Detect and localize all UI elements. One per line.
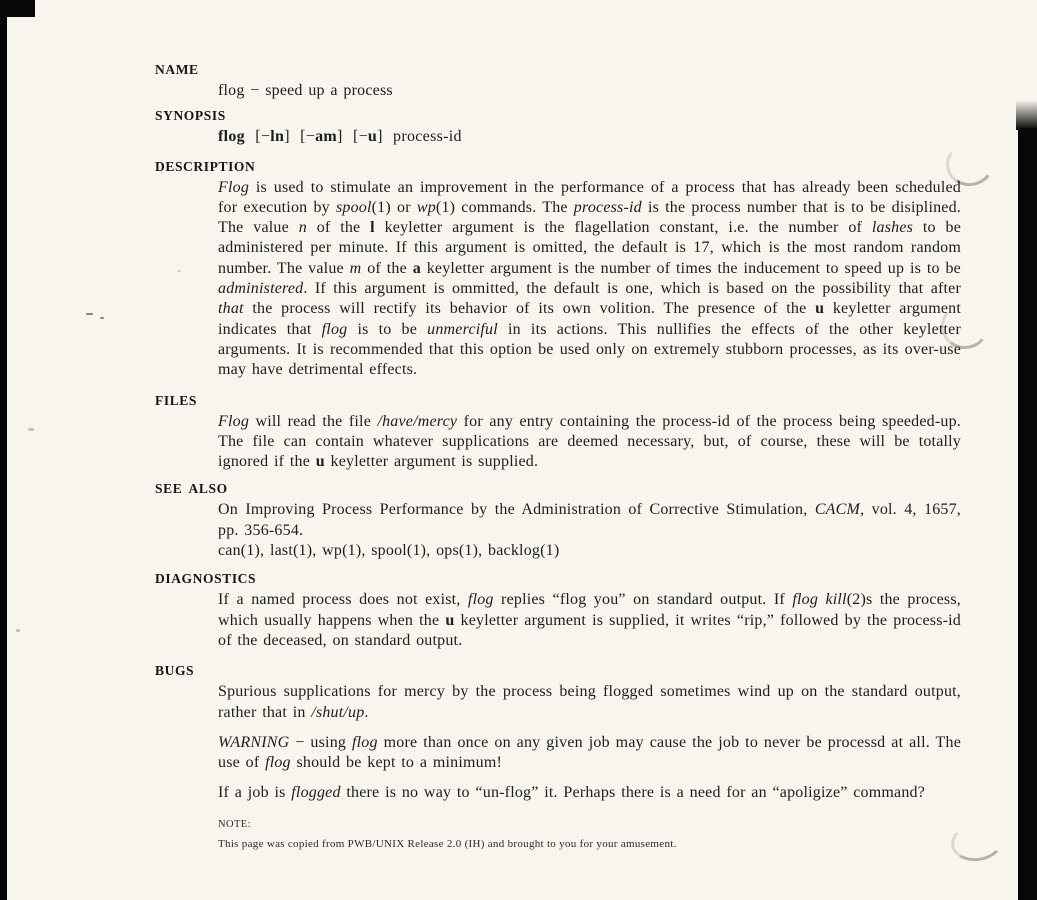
text-run: ] [−	[337, 128, 368, 145]
text-run: ] [−	[284, 128, 315, 145]
text-run: . If this argument is ommitted, the defa…	[303, 280, 961, 297]
text-run: flog	[265, 754, 291, 771]
scan-edge-left	[0, 0, 7, 900]
text-run: of the	[361, 260, 412, 277]
footnote-label: NOTE:	[218, 819, 961, 830]
text-run: .	[364, 704, 368, 721]
text-run: u	[316, 453, 325, 470]
text-run: keyletter argument is the number of time…	[421, 260, 961, 277]
text-run: On Improving Process Performance by the …	[218, 501, 815, 518]
man-page-content: NAME flog − speed up a process SYNOPSIS …	[155, 62, 961, 850]
text-run: replies “flog you” on standard output. I…	[494, 591, 793, 608]
text-run: flogged	[291, 784, 340, 801]
text-run: spool	[336, 199, 372, 216]
text-run: am	[315, 128, 337, 145]
text-run: n	[299, 219, 307, 236]
paragraph: Flog will read the file /have/mercy for …	[218, 412, 961, 473]
text-run: [−	[245, 128, 270, 145]
section-body-diagnostics: If a named process does not exist, flog …	[218, 590, 961, 651]
section-see-also: SEE ALSO On Improving Process Performanc…	[155, 481, 961, 561]
text-run: flog	[218, 128, 245, 145]
paragraph: flog − speed up a process	[218, 81, 961, 101]
scan-corner-top-left	[0, 0, 35, 17]
paragraph: can(1), last(1), wp(1), spool(1), ops(1)…	[218, 541, 961, 561]
paragraph: Spurious supplications for mercy by the …	[218, 682, 961, 723]
section-body-bugs: Spurious supplications for mercy by the …	[218, 682, 961, 803]
text-run: administered	[218, 280, 303, 297]
text-run: flog	[352, 734, 378, 751]
paragraph: If a job is flogged there is no way to “…	[218, 783, 961, 803]
text-run: of the	[307, 219, 370, 236]
section-heading-description: DESCRIPTION	[155, 159, 961, 175]
section-body-name: flog − speed up a process	[218, 81, 961, 101]
text-run: u	[368, 128, 377, 145]
text-run: there is no way to “un-flog” it. Perhaps…	[341, 784, 925, 801]
paragraph: flog [−ln] [−am] [−u] process-id	[218, 127, 961, 147]
scan-edge-right	[1018, 128, 1037, 900]
footnote: NOTE: This page was copied from PWB/UNIX…	[218, 819, 961, 850]
text-run: Flog	[218, 413, 249, 430]
text-run: u	[815, 300, 824, 317]
section-body-files: Flog will read the file /have/mercy for …	[218, 412, 961, 473]
text-run: − using	[289, 734, 352, 751]
paragraph: On Improving Process Performance by the …	[218, 500, 961, 541]
text-run: flog	[468, 591, 494, 608]
paragraph: Flog is used to stimulate an improvement…	[218, 178, 961, 381]
section-name: NAME flog − speed up a process	[155, 62, 961, 101]
scan-speck	[100, 317, 104, 319]
scan-speck	[16, 629, 20, 632]
scan-edge-right-fade	[1016, 100, 1037, 130]
text-run: is to be	[347, 321, 427, 338]
text-run: can(1), last(1), wp(1), spool(1), ops(1)…	[218, 542, 559, 559]
section-heading-bugs: BUGS	[155, 663, 961, 679]
text-run: flog	[322, 321, 348, 338]
section-diagnostics: DIAGNOSTICS If a named process does not …	[155, 571, 961, 651]
section-heading-files: FILES	[155, 393, 961, 409]
section-description: DESCRIPTION Flog is used to stimulate an…	[155, 159, 961, 381]
scan-speck	[86, 313, 93, 315]
text-run: keyletter argument is the flagellation c…	[375, 219, 872, 236]
text-run: ] process-id	[377, 128, 462, 145]
text-run: /shut/up	[311, 704, 364, 721]
text-run: (1) commands. The	[436, 199, 574, 216]
text-run: process-id	[574, 199, 642, 216]
text-run: Flog	[218, 179, 249, 196]
text-run: ln	[270, 128, 284, 145]
scan-speck	[28, 428, 34, 431]
section-body-see-also: On Improving Process Performance by the …	[218, 500, 961, 561]
section-synopsis: SYNOPSIS flog [−ln] [−am] [−u] process-i…	[155, 108, 961, 147]
text-run: m	[350, 260, 362, 277]
text-run: /have/mercy	[377, 413, 457, 430]
text-run: CACM	[815, 501, 860, 518]
text-run: If a named process does not exist,	[218, 591, 468, 608]
text-run: wp	[417, 199, 436, 216]
paragraph: If a named process does not exist, flog …	[218, 590, 961, 651]
text-run: WARNING	[218, 734, 289, 751]
text-run: lashes	[872, 219, 913, 236]
section-bugs: BUGS Spurious supplications for mercy by…	[155, 663, 961, 803]
section-body-synopsis: flog [−ln] [−am] [−u] process-id	[218, 127, 961, 147]
text-run: a	[413, 260, 421, 277]
text-run: unmerciful	[427, 321, 498, 338]
text-run: (1) or	[372, 199, 417, 216]
section-heading-diagnostics: DIAGNOSTICS	[155, 571, 961, 587]
section-heading-name: NAME	[155, 62, 961, 78]
text-run: should be kept to a minimum!	[291, 754, 502, 771]
text-run: If a job is	[218, 784, 291, 801]
section-heading-see-also: SEE ALSO	[155, 481, 961, 497]
footnote-text: This page was copied from PWB/UNIX Relea…	[218, 838, 961, 850]
section-files: FILES Flog will read the file /have/merc…	[155, 393, 961, 473]
section-heading-synopsis: SYNOPSIS	[155, 108, 961, 124]
paragraph: WARNING − using flog more than once on a…	[218, 733, 961, 774]
section-body-description: Flog is used to stimulate an improvement…	[218, 178, 961, 381]
text-run: that	[218, 300, 244, 317]
text-run: will read the file	[249, 413, 377, 430]
scanned-man-page: { "page": { "background_color": "#f7f5ee…	[0, 0, 1037, 900]
text-run: keyletter argument is supplied.	[325, 453, 538, 470]
text-run: the process will rectify its behavior of…	[244, 300, 815, 317]
text-run: flog kill	[792, 591, 846, 608]
text-run: flog − speed up a process	[218, 82, 393, 99]
